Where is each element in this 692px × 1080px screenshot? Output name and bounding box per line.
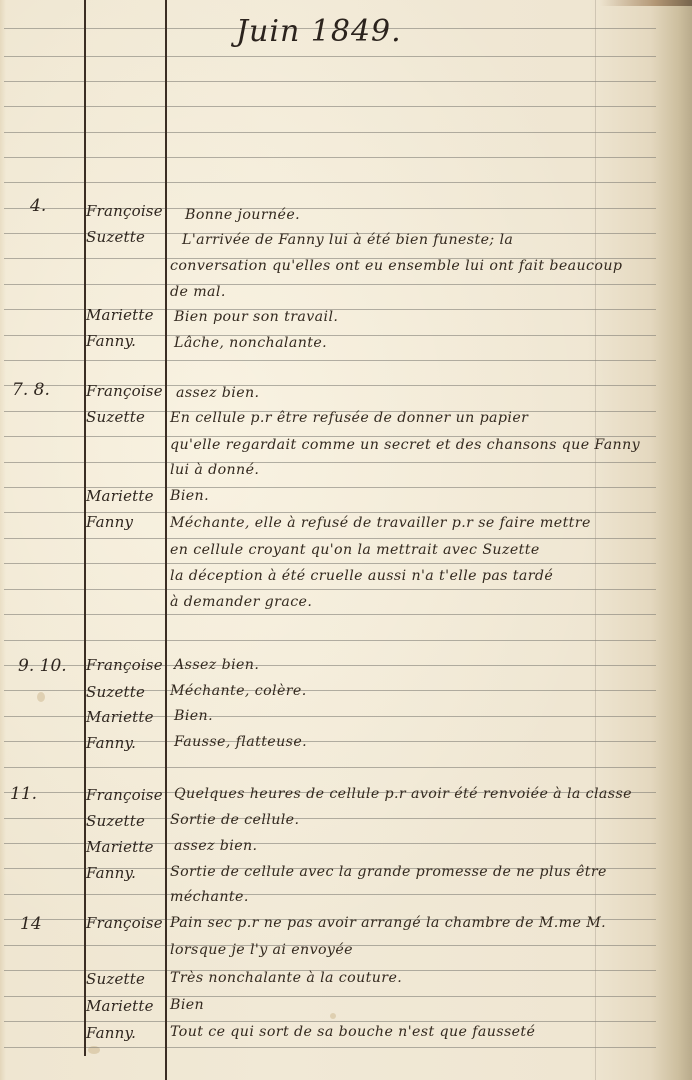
entry-name: Françoise bbox=[86, 202, 163, 220]
entry-remark: En cellule p.r être refusée de donner un… bbox=[170, 410, 660, 426]
entry-remark: Méchante, colère. bbox=[170, 683, 660, 699]
entry-remark: Tout ce qui sort de sa bouche n'est que … bbox=[170, 1024, 660, 1040]
entry-name: Suzette bbox=[86, 970, 145, 988]
rule-line bbox=[4, 589, 656, 590]
entry-name: Mariette bbox=[86, 708, 154, 726]
entry-name: Fanny bbox=[86, 513, 133, 531]
page-title: Juin 1849. bbox=[236, 14, 402, 49]
entry-name: Fanny. bbox=[86, 1024, 136, 1042]
rule-line bbox=[4, 106, 656, 107]
page-edge-shadow bbox=[600, 0, 692, 6]
entry-remark: Sortie de cellule avec la grande promess… bbox=[170, 864, 660, 880]
rule-line bbox=[4, 614, 656, 615]
entry-remark: Sortie de cellule. bbox=[170, 812, 660, 828]
rule-line bbox=[4, 56, 656, 57]
entry-name: Françoise bbox=[86, 786, 163, 804]
paper-stain bbox=[330, 1013, 336, 1019]
rule-line bbox=[4, 157, 656, 158]
entry-name: Fanny. bbox=[86, 734, 136, 752]
entry-remark: Quelques heures de cellule p.r avoir été… bbox=[174, 786, 664, 802]
entry-remark: Bonne journée. bbox=[185, 207, 675, 223]
entry-remark: Bien. bbox=[174, 708, 664, 724]
entry-date: 11. bbox=[10, 784, 37, 804]
entry-name: Mariette bbox=[86, 997, 154, 1015]
entry-remark: lorsque je l'y ai envoyée bbox=[170, 942, 660, 958]
manuscript-page: Juin 1849. 4. Françoise Bonne journée. S… bbox=[0, 0, 692, 1080]
entry-remark: assez bien. bbox=[176, 385, 666, 401]
entry-name: Suzette bbox=[86, 812, 145, 830]
rule-line bbox=[4, 538, 656, 539]
entry-name: Mariette bbox=[86, 838, 154, 856]
entry-remark: Bien pour son travail. bbox=[174, 309, 664, 325]
name-column-divider bbox=[165, 0, 167, 1080]
entry-name: Suzette bbox=[86, 683, 145, 701]
entry-remark: conversation qu'elles ont eu ensemble lu… bbox=[170, 258, 660, 274]
rule-line bbox=[4, 767, 656, 768]
entry-remark: assez bien. bbox=[174, 838, 664, 854]
entry-date: 14 bbox=[20, 914, 42, 934]
entry-name: Françoise bbox=[86, 382, 163, 400]
entry-date: 9. 10. bbox=[18, 656, 67, 676]
entry-date: 7. 8. bbox=[12, 380, 50, 400]
rule-line bbox=[4, 1021, 656, 1022]
rule-line bbox=[4, 182, 656, 183]
entry-remark: Fausse, flatteuse. bbox=[174, 734, 664, 750]
entry-remark: qu'elle regardait comme un secret et des… bbox=[170, 437, 660, 453]
entry-name: Fanny. bbox=[86, 864, 136, 882]
rule-line bbox=[4, 132, 656, 133]
entry-remark: Assez bien. bbox=[174, 657, 664, 673]
entry-name: Mariette bbox=[86, 487, 154, 505]
entry-name: Suzette bbox=[86, 408, 145, 426]
entry-remark: méchante. bbox=[170, 889, 660, 905]
rule-line bbox=[4, 640, 656, 641]
entry-remark: à demander grace. bbox=[170, 594, 660, 610]
entry-name: Suzette bbox=[86, 228, 145, 246]
entry-remark: Bien. bbox=[170, 488, 660, 504]
entry-remark: Très nonchalante à la couture. bbox=[170, 970, 660, 986]
entry-remark: L'arrivée de Fanny lui à été bien funest… bbox=[182, 232, 672, 248]
entry-remark: de mal. bbox=[170, 284, 660, 300]
entry-remark: Bien bbox=[170, 997, 660, 1013]
entry-remark: lui à donné. bbox=[170, 462, 660, 478]
entry-date: 4. bbox=[30, 196, 46, 216]
rule-line bbox=[4, 1047, 656, 1048]
paper-stain bbox=[37, 692, 45, 702]
entry-name: Françoise bbox=[86, 656, 163, 674]
entry-remark: Méchante, elle à refusé de travailler p.… bbox=[170, 515, 660, 531]
entry-name: Fanny. bbox=[86, 332, 136, 350]
rule-line bbox=[4, 360, 656, 361]
entry-remark: Pain sec p.r ne pas avoir arrangé la cha… bbox=[170, 915, 660, 931]
rule-line bbox=[4, 81, 656, 82]
rule-line bbox=[4, 563, 656, 564]
entry-name: Françoise bbox=[86, 914, 163, 932]
entry-remark: Lâche, nonchalante. bbox=[174, 335, 664, 351]
entry-name: Mariette bbox=[86, 306, 154, 324]
entry-remark: la déception à été cruelle aussi n'a t'e… bbox=[170, 568, 660, 584]
entry-remark: en cellule croyant qu'on la mettrait ave… bbox=[170, 542, 660, 558]
